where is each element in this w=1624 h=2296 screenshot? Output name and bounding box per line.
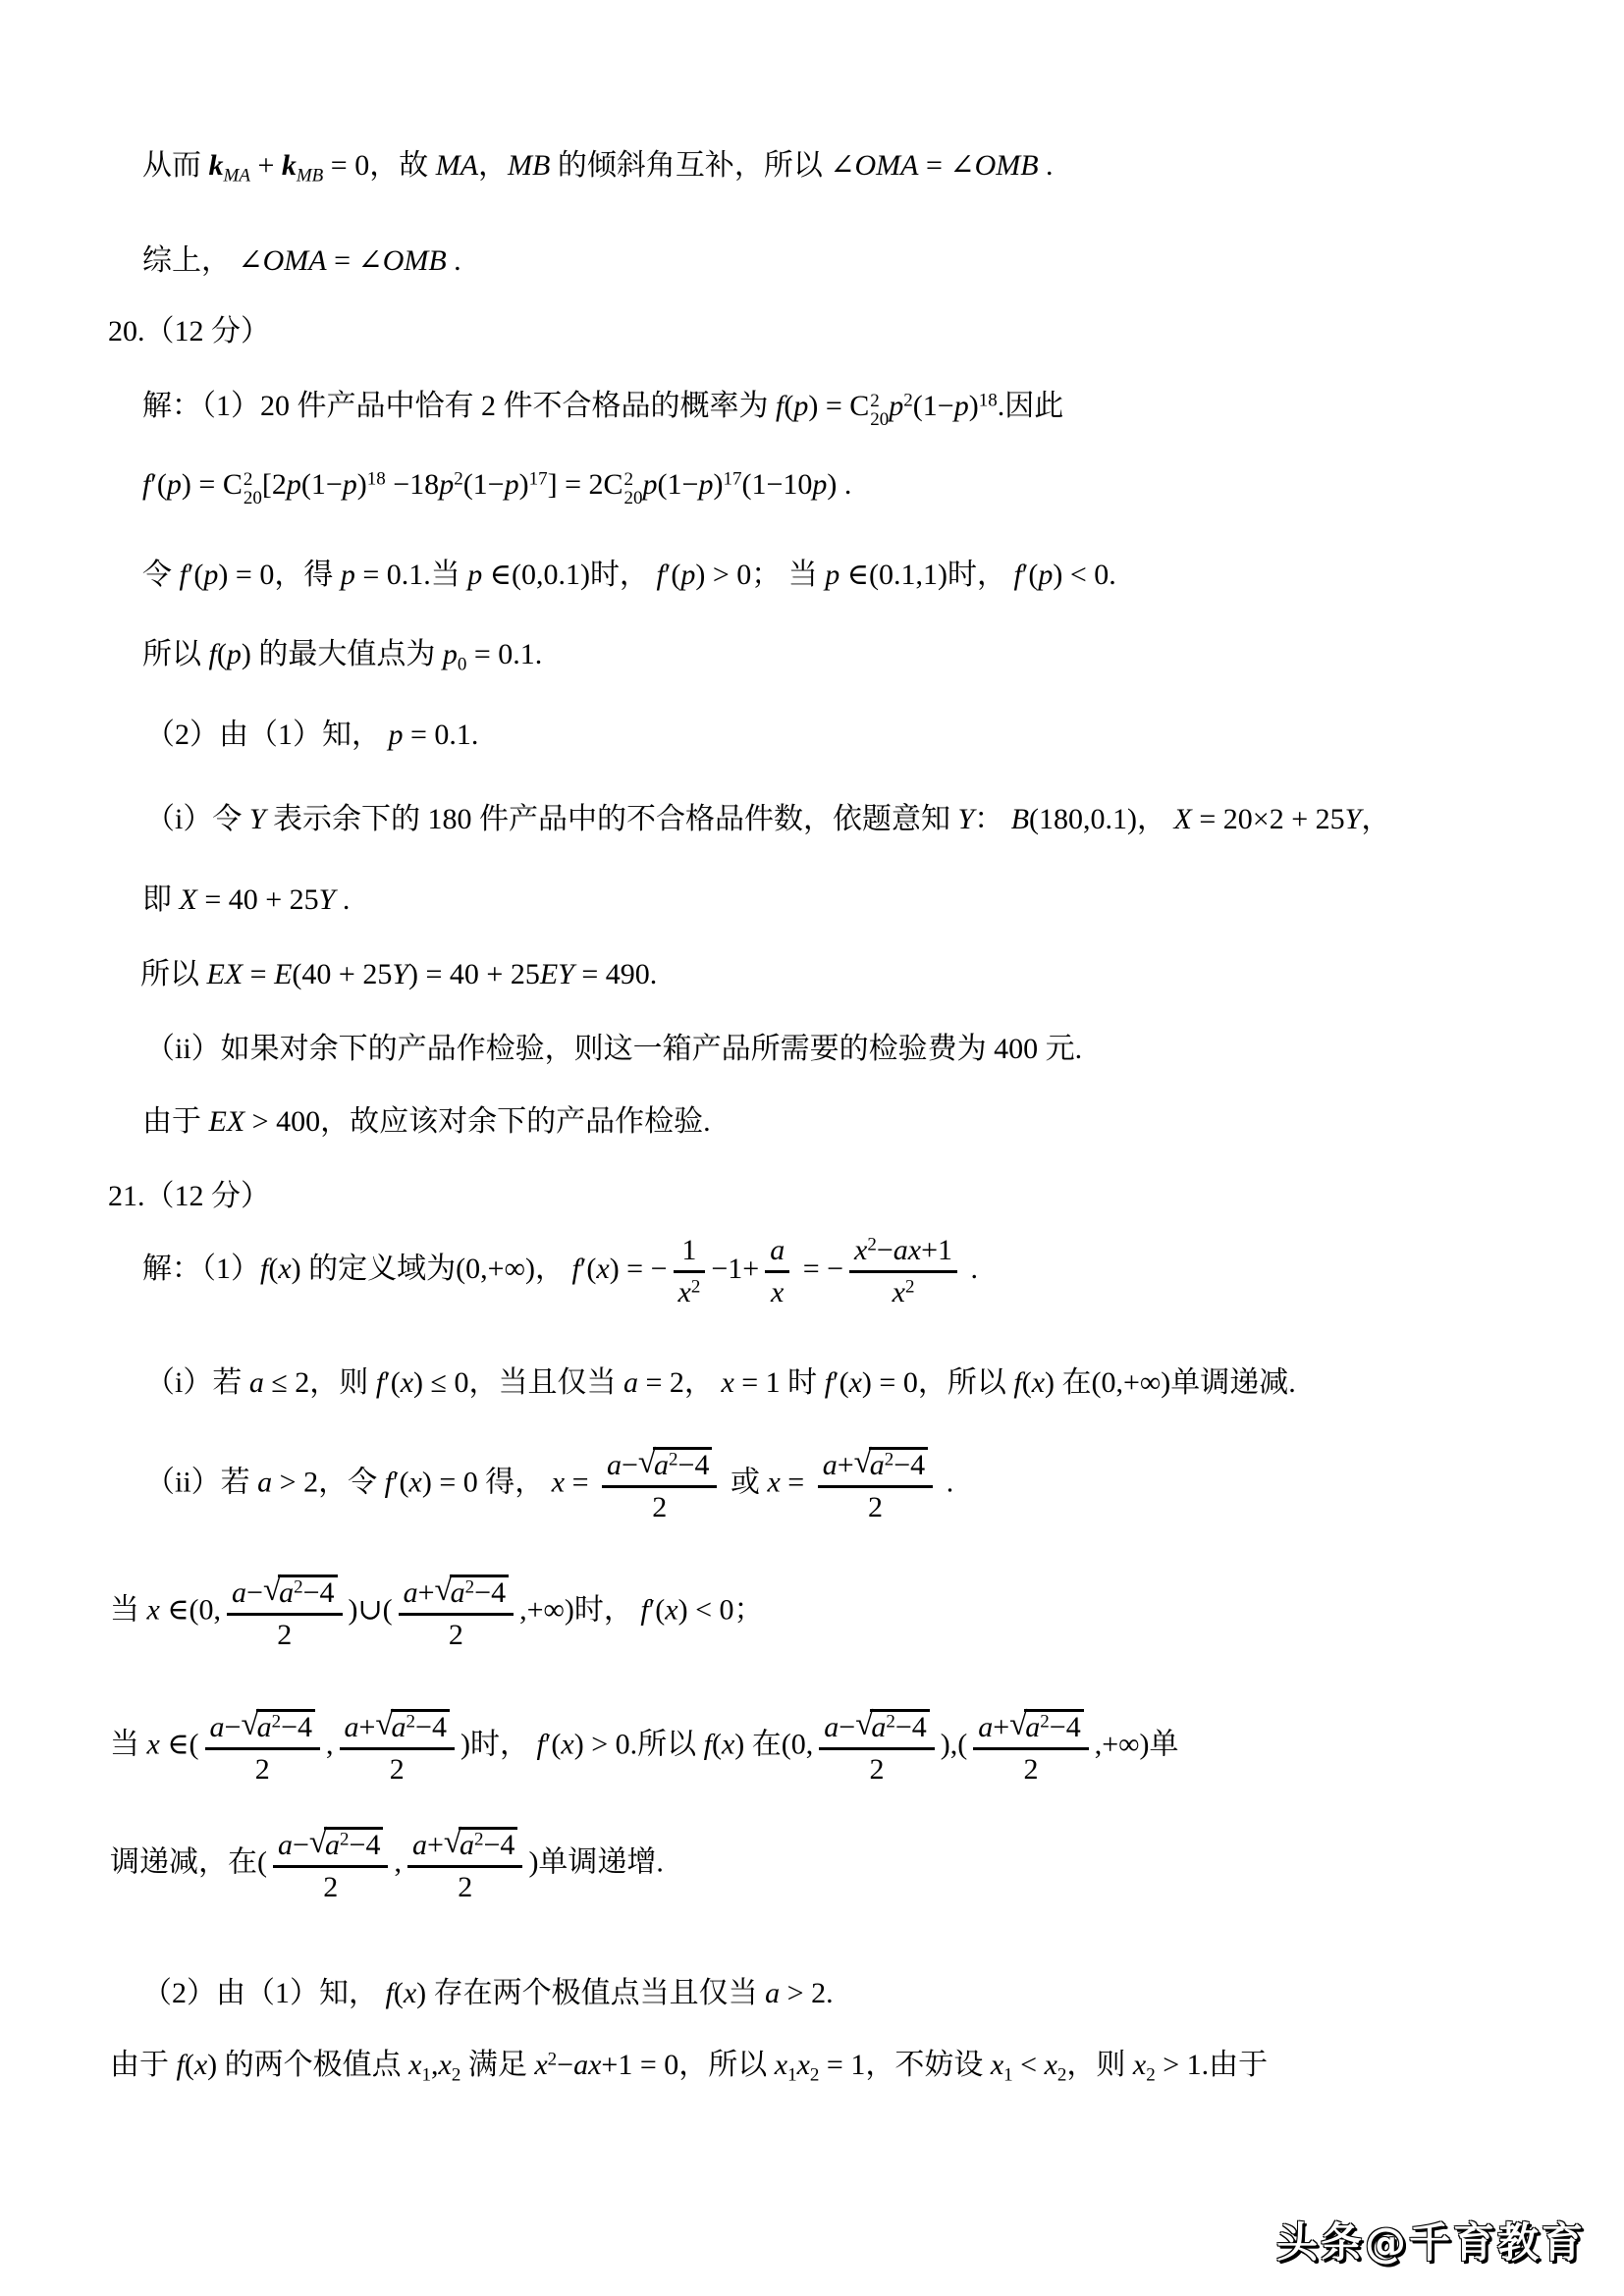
document-line: 即 X = 40 + 25Y . xyxy=(142,881,350,919)
document-line: 综上， ∠OMA = ∠OMB . xyxy=(142,242,461,280)
document-line: 21.（12 分） xyxy=(108,1178,270,1215)
document-line: f′(p) = C220[2p(1−p)18 −18p2(1−p)17] = 2… xyxy=(142,466,851,507)
document-line: 当 x ∈(a−√a2−42,a+√a2−42)时， f′(x) > 0.所以 … xyxy=(110,1709,1179,1785)
document-line: 由于 f(x) 的两个极值点 x1,x2 满足 x2−ax+1 = 0，所以 x… xyxy=(110,2047,1268,2087)
document-line: （2）由（1）知， f(x) 存在两个极值点当且仅当 a > 2. xyxy=(142,1975,834,2012)
document-line: 所以 EX = E(40 + 25Y) = 40 + 25EY = 490. xyxy=(140,956,657,993)
document-line: （2）由（1）知， p = 0.1. xyxy=(145,717,478,754)
document-line: 所以 f(p) 的最大值点为 p0 = 0.1. xyxy=(142,636,542,676)
document-line: （i）令 Y 表示余下的 180 件产品中的不合格品件数，依题意知 Y： B(1… xyxy=(145,801,1390,838)
document-page: 从而 kMA + kMB = 0，故 MA，MB 的倾斜角互补，所以 ∠OMA … xyxy=(0,0,1624,2296)
document-line: （i）若 a ≤ 2，则 f′(x) ≤ 0，当且仅当 a = 2， x = 1… xyxy=(145,1364,1296,1402)
document-line: 从而 kMA + kMB = 0，故 MA，MB 的倾斜角互补，所以 ∠OMA … xyxy=(142,147,1054,187)
document-line: 解：（1）f(x) 的定义域为(0,+∞)， f′(x) = −1x2−1+ax… xyxy=(142,1235,978,1308)
document-line: 调递减，在(a−√a2−42,a+√a2−42)单调递增. xyxy=(110,1827,664,1902)
document-line: 由于 EX > 400，故应该对余下的产品作检验. xyxy=(142,1103,711,1141)
document-line: 解：（1）20 件产品中恰有 2 件不合格品的概率为 f(p) = C220p2… xyxy=(142,388,1063,429)
document-line: 当 x ∈(0,a−√a2−42)∪(a+√a2−42,+∞)时， f′(x) … xyxy=(110,1575,764,1650)
watermark: 头条@千育教育 xyxy=(1276,2211,1586,2269)
document-line: 令 f′(p) = 0，得 p = 0.1.当 p ∈(0,0.1)时， f′(… xyxy=(142,557,1116,594)
document-line: （ii）若 a > 2，令 f′(x) = 0 得， x = a−√a2−42 … xyxy=(145,1447,953,1522)
document-line: 20.（12 分） xyxy=(108,313,270,350)
document-line: （ii）如果对余下的产品作检验，则这一箱产品所需要的检验费为 400 元. xyxy=(145,1031,1082,1068)
